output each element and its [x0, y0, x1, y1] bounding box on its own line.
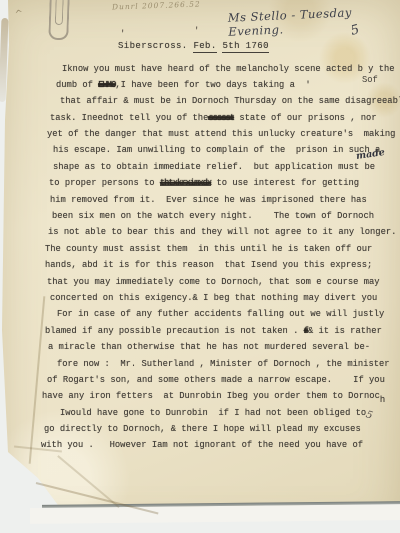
typed-text: hands, abd it is for this reason that Is…: [45, 260, 372, 270]
typed-text: with you . However Iam not ignorant of t…: [41, 440, 363, 450]
typed-text: to proper persons to: [49, 178, 160, 188]
typed-line: Iwould have gone to Dunrobin if I had no…: [60, 405, 400, 421]
typed-line: shape as to obtain immediate relief. but…: [53, 159, 400, 175]
typed-line: with you . However Iam not ignorant of t…: [41, 437, 400, 453]
typed-text: of Rogart's son, and some others made a …: [47, 375, 385, 385]
typed-line: Iknow you must have heard of the melanch…: [62, 61, 400, 77]
typed-line: hands, abd it is for this reason that Is…: [45, 257, 400, 273]
paperclip-icon: [48, 0, 70, 40]
typed-line: have any iron fetters at Dunrobin Ibeg y…: [42, 388, 400, 404]
typed-line: blamed if any possible precaution is not…: [45, 323, 400, 339]
typed-text: his escape. Iam unwilling to complain of…: [53, 145, 380, 155]
typed-line: concerted on this exigency.& I beg that …: [50, 290, 400, 306]
dateline-date: 5th 1760: [222, 41, 268, 53]
typed-text: For in case of any futher accidents fall…: [57, 309, 384, 319]
typed-line: that affair & must be in Dornoch Thursda…: [60, 93, 400, 109]
typed-line: his escape. Iam unwilling to complain of…: [53, 142, 400, 158]
typed-line: yet of the danger that must attend this …: [47, 126, 400, 142]
typed-tick-mark: ': [120, 29, 125, 39]
struck-out-text: ssssst: [208, 113, 234, 123]
typed-body: Iknow you must have heard of the melanch…: [0, 61, 400, 454]
typed-line: The county must assist them in this unti…: [45, 241, 400, 257]
typed-text: ,I have been for two days taking a ': [115, 80, 310, 90]
typed-line: him removed from it. Ever since he was i…: [50, 192, 400, 208]
typed-text: yet of the danger that must attend this …: [47, 129, 395, 139]
typed-text: state of our prisons , nor: [234, 113, 377, 123]
typed-text: shape as to obtain immediate relief. but…: [53, 162, 375, 172]
typed-text: & it is rather: [308, 326, 382, 336]
typed-text: go directly to Dornoch, & there I hope w…: [44, 424, 361, 434]
typed-text: have any iron fetters at Dunrobin Ibeg y…: [42, 391, 380, 401]
typed-line: been six men on the watch every night. T…: [52, 208, 400, 224]
typed-tick-mark: ': [194, 26, 199, 36]
typed-text: The county must assist them in this unti…: [45, 244, 372, 254]
typed-text: fore now : Mr. Sutherland , Minister of …: [57, 359, 390, 369]
typed-line: that you may immediately come to Dornoch…: [47, 274, 400, 290]
typed-text: concerted on this exigency.& I beg that …: [50, 293, 377, 303]
typed-line: dumb of EHMO,I have been for two days ta…: [56, 77, 400, 93]
paperclip-inner-wire: [55, 0, 64, 25]
typed-text: Iknow you must have heard of the melanch…: [62, 64, 395, 74]
typed-text: that you may immediately come to Dornoch…: [47, 277, 380, 287]
letter-dateline: Siberscross. Feb. 5th 1760: [118, 41, 269, 51]
typed-text: to use interest for getting: [211, 178, 359, 188]
typed-line: For in case of any futher accidents fall…: [57, 306, 400, 322]
typed-line: task. Ineednot tell you of thessssst sta…: [50, 110, 400, 126]
typed-line: go directly to Dornoch, & there I hope w…: [44, 421, 400, 437]
typed-text: that affair & must be in Dornoch Thursda…: [60, 96, 400, 106]
typed-text: Iwould have gone to Dunrobin if I had no…: [60, 408, 366, 418]
typed-line: is not able to bear this and they will n…: [48, 224, 400, 240]
typed-line: of Rogart's son, and some others made a …: [47, 372, 400, 388]
typed-text: blamed if any possible precaution is not…: [45, 326, 304, 336]
typed-line: to proper persons to thtxkrximxdx to use…: [49, 175, 400, 191]
dropped-character: h: [380, 395, 385, 405]
typed-text: task. Ineednot tell you of the: [50, 113, 208, 123]
typed-line: a miracle than otherwise that he has not…: [48, 339, 400, 355]
typed-line: fore now : Mr. Sutherland , Minister of …: [57, 356, 400, 372]
typed-text: him removed from it. Ever since he was i…: [50, 195, 367, 205]
typed-text: been six men on the watch every night. T…: [52, 211, 374, 221]
typed-text: a miracle than otherwise that he has not…: [48, 342, 370, 352]
struck-out-text: thtxkrximxdx: [160, 178, 211, 188]
typed-text: dumb of: [56, 80, 98, 90]
typed-text: is not able to bear this and they will n…: [48, 227, 396, 237]
struck-out-text: EHMO: [98, 80, 115, 90]
dateline-month: Feb.: [193, 41, 216, 53]
dateline-place: Siberscross.: [118, 41, 188, 51]
